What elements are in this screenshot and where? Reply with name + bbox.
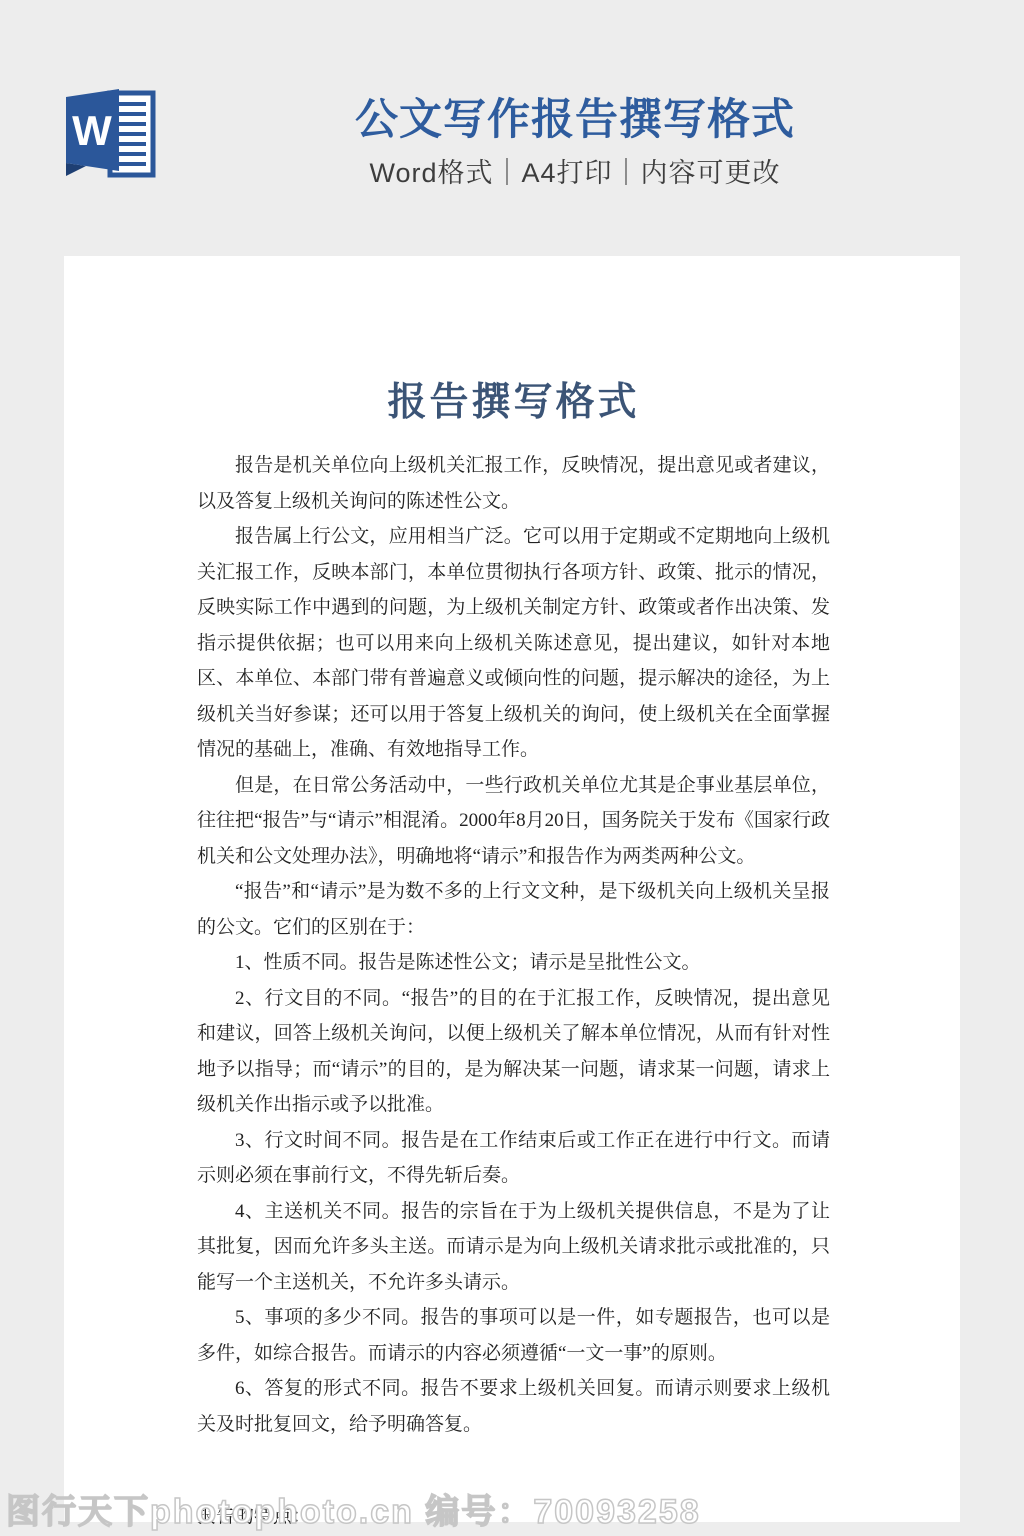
document-page: 报告撰写格式 报告是机关单位向上级机关汇报工作，反映情况，提出意见或者建议，以及…	[64, 256, 960, 1522]
document-paragraph: 3、行文时间不同。报告是在工作结束后或工作正在进行中行文。而请示则必须在事前行文…	[197, 1123, 830, 1194]
document-paragraph: “报告”和“请示”是为数不多的上行文文种，是下级机关向上级机关呈报的公文。它们的…	[197, 874, 830, 945]
document-paragraph: 4、主送机关不同。报告的宗旨在于为上级机关提供信息，不是为了让其批复，因而允许多…	[197, 1194, 830, 1301]
word-icon-page-lines	[118, 104, 146, 164]
banner: W 公文写作报告撰写格式 Word格式｜A4打印｜内容可更改	[0, 0, 1024, 256]
banner-text: 公文写作报告撰写格式 Word格式｜A4打印｜内容可更改	[260, 96, 890, 189]
document-paragraph: 1、性质不同。报告是陈述性公文；请示是呈批性公文。	[197, 945, 830, 981]
document-body: 报告是机关单位向上级机关汇报工作，反映情况，提出意见或者建议，以及答复上级机关询…	[197, 448, 830, 1442]
document-paragraph: 2、行文目的不同。“报告”的目的在于汇报工作，反映情况，提出意见和建议，回答上级…	[197, 981, 830, 1123]
template-preview-page: { "header": { "app_title": "公文写作报告撰写格式",…	[0, 0, 1024, 1536]
document-title: 报告撰写格式	[197, 380, 830, 426]
page-subtitle: Word格式｜A4打印｜内容可更改	[260, 157, 890, 189]
document-paragraph: 报告属上行公文，应用相当广泛。它可以用于定期或不定期地向上级机关汇报工作，反映本…	[197, 519, 830, 768]
word-icon: W	[60, 84, 156, 184]
document-paragraph: 6、答复的形式不同。报告不要求上级机关回复。而请示则要求上级机关及时批复回文，给…	[197, 1371, 830, 1442]
document-paragraph: 但是，在日常公务活动中，一些行政机关单位尤其是企事业基层单位，往往把“报告”与“…	[197, 768, 830, 875]
document-paragraph: 5、事项的多少不同。报告的事项可以是一件，如专题报告，也可以是多件，如综合报告。…	[197, 1300, 830, 1371]
word-icon-letter: W	[72, 107, 112, 154]
document-paragraph: 报告是机关单位向上级机关汇报工作，反映情况，提出意见或者建议，以及答复上级机关询…	[197, 448, 830, 519]
page-title: 公文写作报告撰写格式	[260, 96, 890, 144]
watermark: 图行天下photophoto.cn 编号：70093258	[6, 1484, 701, 1533]
